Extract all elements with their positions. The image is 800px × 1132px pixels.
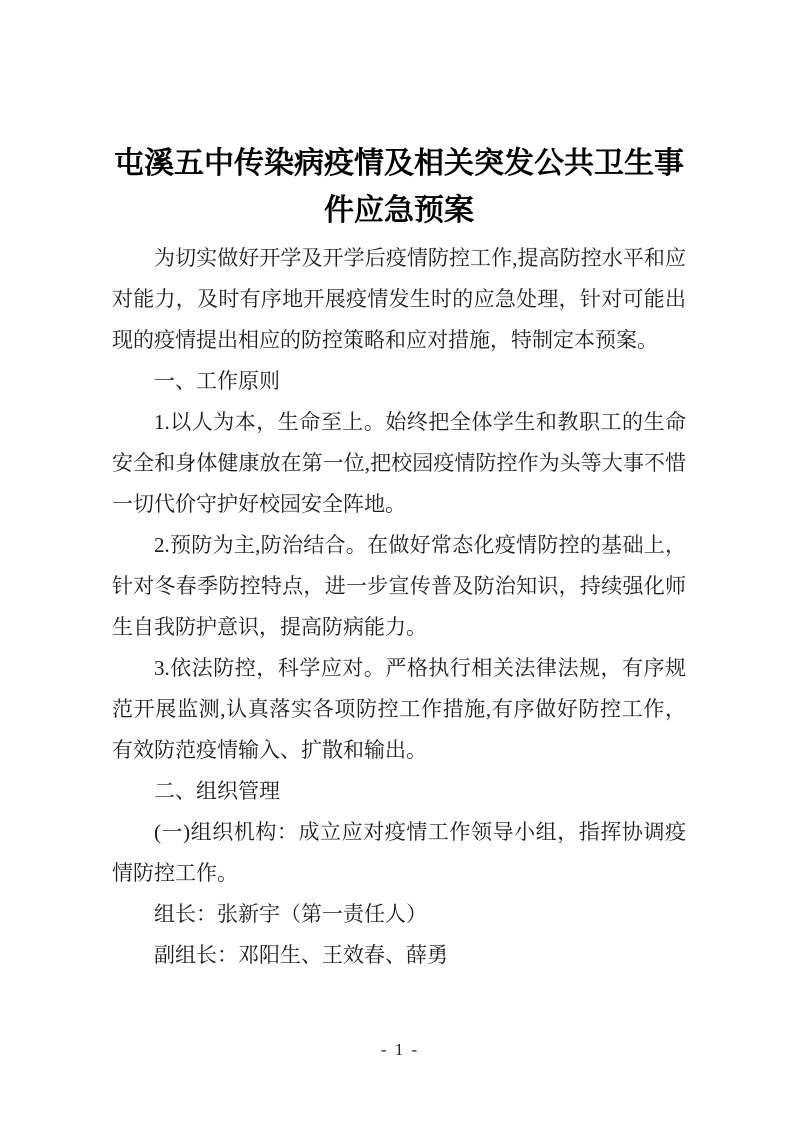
heading-work-principles: 一、工作原则 (112, 361, 686, 402)
paragraph-group-leader: 组长：张新宇（第一责任人） (112, 894, 686, 935)
page-number: - 1 - (0, 1038, 800, 1062)
paragraph-org-structure: (一)组织机构：成立应对疫情工作领导小组，指挥协调疫情防控工作。 (112, 812, 686, 894)
document-page: 屯溪五中传染病疫情及相关突发公共卫生事件应急预案 为切实做好开学及开学后疫情防控… (0, 0, 800, 1132)
document-title: 屯溪五中传染病疫情及相关突发公共卫生事件应急预案 (112, 140, 686, 234)
paragraph-principle-1: 1.以人为本，生命至上。始终把全体学生和教职工的生命安全和身体健康放在第一位,把… (112, 402, 686, 525)
paragraph-intro: 为切实做好开学及开学后疫情防控工作,提高防控水平和应对能力，及时有序地开展疫情发… (112, 238, 686, 361)
paragraph-principle-2: 2.预防为主,防治结合。在做好常态化疫情防控的基础上，针对冬春季防控特点，进一步… (112, 525, 686, 648)
paragraph-deputy-leaders: 副组长：邓阳生、王效春、薛勇 (112, 935, 686, 976)
paragraph-principle-3: 3.依法防控，科学应对。严格执行相关法律法规，有序规范开展监测,认真落实各项防控… (112, 648, 686, 771)
heading-organization-management: 二、组织管理 (112, 771, 686, 812)
